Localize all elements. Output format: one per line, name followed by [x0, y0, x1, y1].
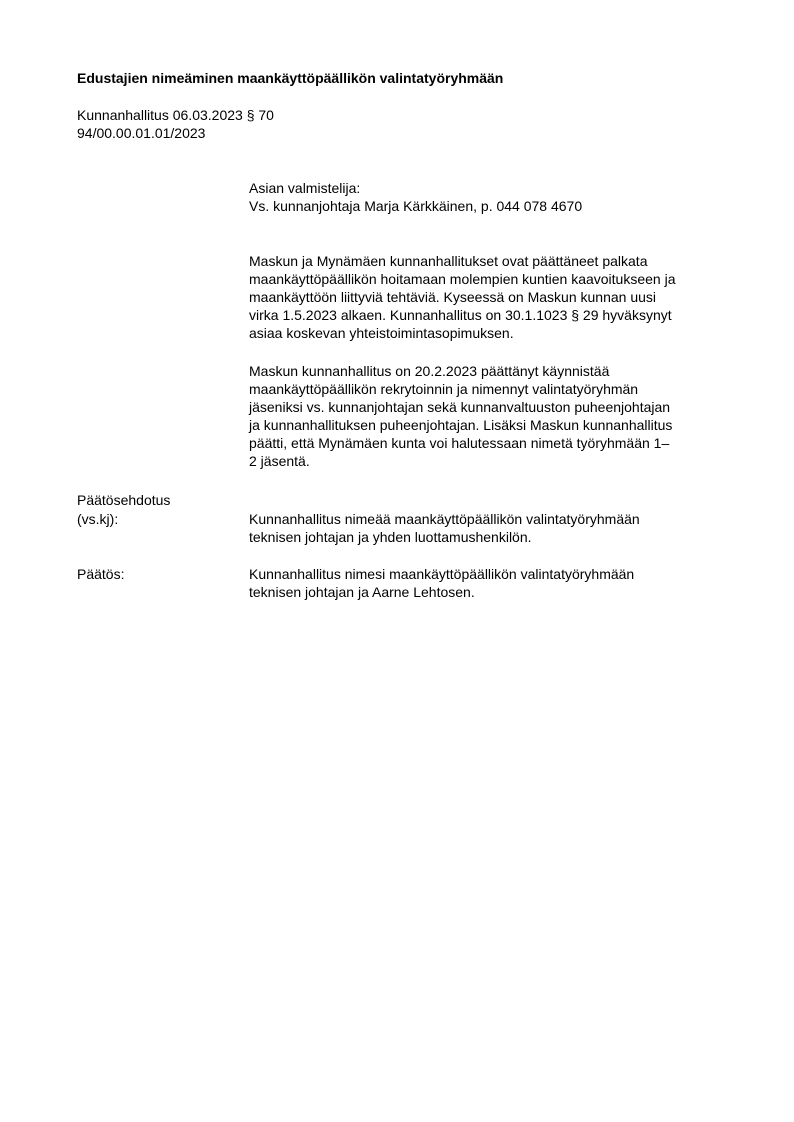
background-paragraph-1: Maskun ja Mynämäen kunnanhallitukset ova…: [249, 252, 675, 342]
paragraph-line: maankäyttöpäällikön hoitamaan molempien …: [249, 270, 675, 288]
paragraph-line: Maskun kunnanhallitus on 20.2.2023 päätt…: [249, 362, 672, 380]
preparer-section: Asian valmistelija: Vs. kunnanjohtaja Ma…: [249, 179, 582, 215]
preparer-heading: Asian valmistelija:: [249, 179, 582, 197]
paragraph-line: ja kunnanhallituksen puheenjohtajan. Lis…: [249, 416, 672, 434]
decision-text: Kunnanhallitus nimesi maankäyttöpäällikö…: [249, 565, 634, 601]
paragraph-line: Maskun ja Mynämäen kunnanhallitukset ova…: [249, 252, 675, 270]
record-number: 94/00.00.01.01/2023: [77, 124, 274, 142]
document-page: Edustajien nimeäminen maankäyttöpäällikö…: [0, 0, 794, 1122]
decision-line: teknisen johtajan ja Aarne Lehtosen.: [249, 583, 634, 601]
paragraph-line: maankäyttöpäällikön rekrytoinnin ja nime…: [249, 380, 672, 398]
decision-label: Päätös:: [77, 565, 124, 583]
proposal-label: Päätösehdotus: [77, 491, 170, 509]
paragraph-line: asiaa koskevan yhteistoimintasopimuksen.: [249, 324, 675, 342]
paragraph-line: 2 jäsentä.: [249, 452, 672, 470]
paragraph-line: jäseniksi vs. kunnanjohtajan sekä kunnan…: [249, 398, 672, 416]
proposal-text: Kunnanhallitus nimeää maankäyttöpäällikö…: [249, 510, 640, 546]
meeting-line: Kunnanhallitus 06.03.2023 § 70: [77, 106, 274, 124]
paragraph-line: virka 1.5.2023 alkaen. Kunnanhallitus on…: [249, 306, 675, 324]
decision-line: Kunnanhallitus nimesi maankäyttöpäällikö…: [249, 565, 634, 583]
proposal-label-author: (vs.kj):: [77, 510, 118, 528]
proposal-line: Kunnanhallitus nimeää maankäyttöpäällikö…: [249, 510, 640, 528]
document-title: Edustajien nimeäminen maankäyttöpäällikö…: [77, 69, 503, 87]
meeting-info: Kunnanhallitus 06.03.2023 § 70 94/00.00.…: [77, 106, 274, 142]
proposal-line: teknisen johtajan ja yhden luottamushenk…: [249, 528, 640, 546]
background-paragraph-2: Maskun kunnanhallitus on 20.2.2023 päätt…: [249, 362, 672, 470]
paragraph-line: maankäyttöön liittyviä tehtäviä. Kyseess…: [249, 288, 675, 306]
preparer-name: Vs. kunnanjohtaja Marja Kärkkäinen, p. 0…: [249, 197, 582, 215]
paragraph-line: päätti, että Mynämäen kunta voi halutess…: [249, 434, 672, 452]
